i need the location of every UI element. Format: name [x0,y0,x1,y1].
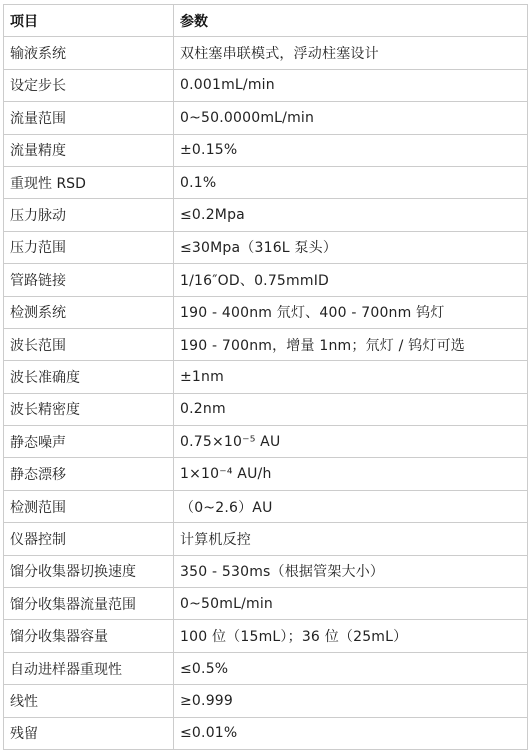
param-cell: 0~50mL/min [174,588,528,620]
table-row: 输液系统双柱塞串联模式，浮动柱塞设计 [4,37,528,69]
param-cell: ≥0.999 [174,685,528,717]
item-cell: 重现性 RSD [4,166,174,198]
item-cell: 检测范围 [4,490,174,522]
param-cell: 0.2nm [174,393,528,425]
table-row: 流量范围0~50.0000mL/min [4,102,528,134]
param-cell: 350 - 530ms（根据管架大小） [174,555,528,587]
param-cell: 0.001mL/min [174,69,528,101]
table-row: 重现性 RSD0.1% [4,166,528,198]
item-cell: 馏分收集器流量范围 [4,588,174,620]
table-row: 仪器控制计算机反控 [4,523,528,555]
table-row: 线性≥0.999 [4,685,528,717]
table-row: 压力范围≤30Mpa（316L 泵头） [4,231,528,263]
item-cell: 输液系统 [4,37,174,69]
table-row: 波长精密度0.2nm [4,393,528,425]
param-cell: ±0.15% [174,134,528,166]
item-cell: 检测系统 [4,296,174,328]
spec-table: 项目 参数 输液系统双柱塞串联模式，浮动柱塞设计 设定步长0.001mL/min… [3,4,528,750]
table-row: 残留≤0.01% [4,717,528,749]
param-cell: 0~50.0000mL/min [174,102,528,134]
item-cell: 残留 [4,717,174,749]
param-cell: 0.75×10⁻⁵ AU [174,426,528,458]
param-cell: 190 - 700nm，增量 1nm；氘灯 / 钨灯可选 [174,328,528,360]
table-row: 流量精度±0.15% [4,134,528,166]
header-param: 参数 [174,5,528,37]
table-row: 压力脉动≤0.2Mpa [4,199,528,231]
param-cell: ≤0.01% [174,717,528,749]
item-cell: 波长精密度 [4,393,174,425]
param-cell: （0~2.6）AU [174,490,528,522]
table-row: 静态噪声0.75×10⁻⁵ AU [4,426,528,458]
table-header-row: 项目 参数 [4,5,528,37]
item-cell: 压力脉动 [4,199,174,231]
table-row: 设定步长0.001mL/min [4,69,528,101]
table-row: 波长范围190 - 700nm，增量 1nm；氘灯 / 钨灯可选 [4,328,528,360]
item-cell: 波长范围 [4,328,174,360]
item-cell: 仪器控制 [4,523,174,555]
param-cell: ≤30Mpa（316L 泵头） [174,231,528,263]
header-item: 项目 [4,5,174,37]
param-cell: 1×10⁻⁴ AU/h [174,458,528,490]
item-cell: 静态噪声 [4,426,174,458]
item-cell: 管路链接 [4,264,174,296]
item-cell: 馏分收集器容量 [4,620,174,652]
param-cell: 1/16″OD、0.75mmID [174,264,528,296]
item-cell: 流量范围 [4,102,174,134]
table-row: 检测范围（0~2.6）AU [4,490,528,522]
table-row: 管路链接1/16″OD、0.75mmID [4,264,528,296]
item-cell: 波长准确度 [4,361,174,393]
table-row: 馏分收集器切换速度350 - 530ms（根据管架大小） [4,555,528,587]
table-row: 波长准确度±1nm [4,361,528,393]
param-cell: 190 - 400nm 氘灯、400 - 700nm 钨灯 [174,296,528,328]
table-row: 自动进样器重现性≤0.5% [4,652,528,684]
param-cell: ≤0.5% [174,652,528,684]
item-cell: 静态漂移 [4,458,174,490]
table-row: 馏分收集器流量范围0~50mL/min [4,588,528,620]
item-cell: 流量精度 [4,134,174,166]
param-cell: 0.1% [174,166,528,198]
table-row: 静态漂移1×10⁻⁴ AU/h [4,458,528,490]
item-cell: 馏分收集器切换速度 [4,555,174,587]
item-cell: 压力范围 [4,231,174,263]
table-row: 检测系统190 - 400nm 氘灯、400 - 700nm 钨灯 [4,296,528,328]
table-row: 馏分收集器容量100 位（15mL）；36 位（25mL） [4,620,528,652]
param-cell: 计算机反控 [174,523,528,555]
item-cell: 线性 [4,685,174,717]
item-cell: 自动进样器重现性 [4,652,174,684]
param-cell: ≤0.2Mpa [174,199,528,231]
param-cell: ±1nm [174,361,528,393]
item-cell: 设定步长 [4,69,174,101]
param-cell: 双柱塞串联模式，浮动柱塞设计 [174,37,528,69]
param-cell: 100 位（15mL）；36 位（25mL） [174,620,528,652]
